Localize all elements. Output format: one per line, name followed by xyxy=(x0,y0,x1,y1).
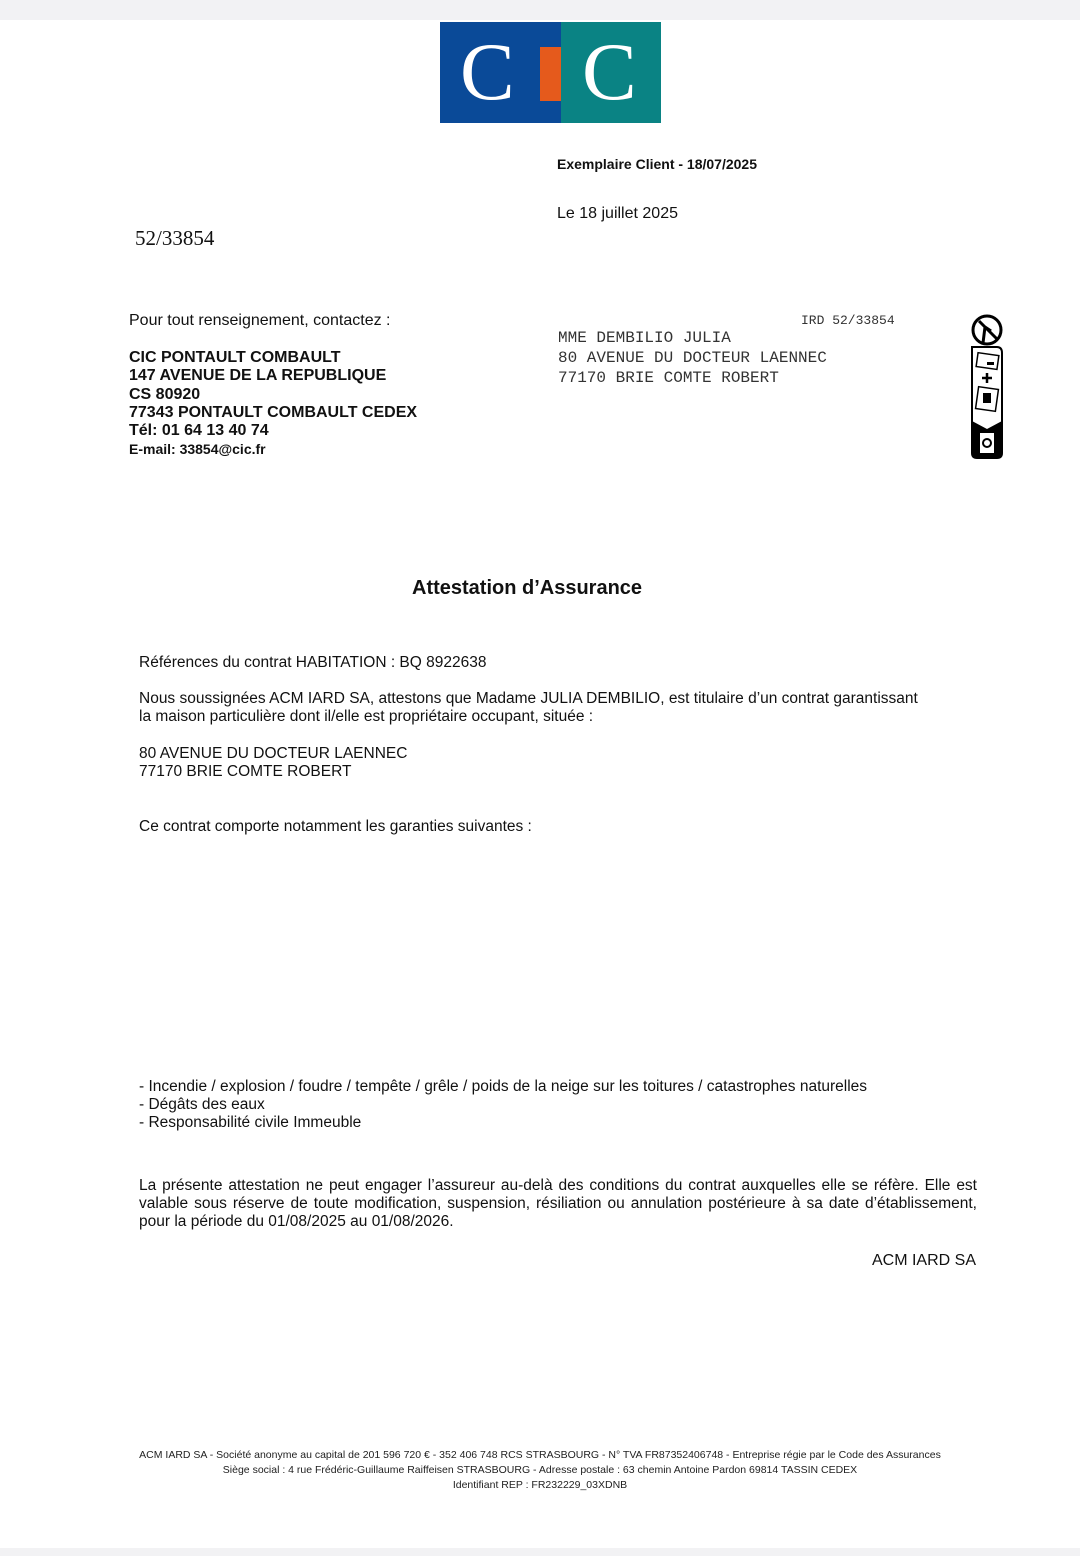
contact-cs: CS 80920 xyxy=(129,386,417,404)
statement-line: la maison particulière dont il/elle est … xyxy=(139,708,918,726)
contact-street: 147 AVENUE DE LA REPUBLIQUE xyxy=(129,367,417,385)
guarantees-list: - Incendie / explosion / foudre / tempêt… xyxy=(139,1078,867,1132)
letter-date: Le 18 juillet 2025 xyxy=(557,205,678,223)
signature: ACM IARD SA xyxy=(872,1252,976,1270)
contact-phone: Tél: 01 64 13 40 74 xyxy=(129,422,417,440)
guarantee-item: - Incendie / explosion / foudre / tempêt… xyxy=(139,1078,867,1096)
triman-recycling-icon xyxy=(969,313,1005,459)
statement-line: Nous soussignées ACM IARD SA, attestons … xyxy=(139,690,918,708)
contract-reference: Références du contrat HABITATION : BQ 89… xyxy=(139,654,486,672)
document-title: Attestation d’Assurance xyxy=(412,577,642,600)
ird-reference: IRD 52/33854 xyxy=(801,313,895,328)
recipient-city: 77170 BRIE COMTE ROBERT xyxy=(558,368,827,388)
cic-logo: C C xyxy=(440,22,661,123)
footer-line: ACM IARD SA - Société anonyme au capital… xyxy=(0,1448,1080,1463)
insured-street: 80 AVENUE DU DOCTEUR LAENNEC xyxy=(139,745,407,763)
reference-number: 52/33854 xyxy=(135,226,214,251)
insured-city: 77170 BRIE COMTE ROBERT xyxy=(139,763,407,781)
guarantees-intro: Ce contrat comporte notamment les garant… xyxy=(139,818,532,836)
contact-city: 77343 PONTAULT COMBAULT CEDEX xyxy=(129,404,417,422)
attestation-statement: Nous soussignées ACM IARD SA, attestons … xyxy=(139,690,918,726)
contact-intro: Pour tout renseignement, contactez : xyxy=(129,312,390,330)
legal-notice: La présente attestation ne peut engager … xyxy=(139,1177,977,1231)
footer-line: Identifiant REP : FR232229_03XDNB xyxy=(0,1478,1080,1493)
logo-orange-bar xyxy=(540,47,561,101)
contact-block: CIC PONTAULT COMBAULT 147 AVENUE DE LA R… xyxy=(129,349,417,459)
footer-line: Siège social : 4 rue Frédéric-Guillaume … xyxy=(0,1463,1080,1478)
insured-address: 80 AVENUE DU DOCTEUR LAENNEC 77170 BRIE … xyxy=(139,745,407,781)
contact-email: E-mail: 33854@cic.fr xyxy=(129,440,417,458)
copy-label: Exemplaire Client - 18/07/2025 xyxy=(557,156,757,172)
footer: ACM IARD SA - Société anonyme au capital… xyxy=(0,1448,1080,1493)
contact-agency: CIC PONTAULT COMBAULT xyxy=(129,349,417,367)
guarantee-item: - Responsabilité civile Immeuble xyxy=(139,1114,867,1132)
recipient-street: 80 AVENUE DU DOCTEUR LAENNEC xyxy=(558,348,827,368)
logo-letter-c-right: C xyxy=(582,28,637,116)
document-page: C C Exemplaire Client - 18/07/2025 Le 18… xyxy=(0,20,1080,1548)
logo-letter-c-left: C xyxy=(460,28,515,116)
recipient-name: MME DEMBILIO JULIA xyxy=(558,328,827,348)
guarantee-item: - Dégâts des eaux xyxy=(139,1096,867,1114)
